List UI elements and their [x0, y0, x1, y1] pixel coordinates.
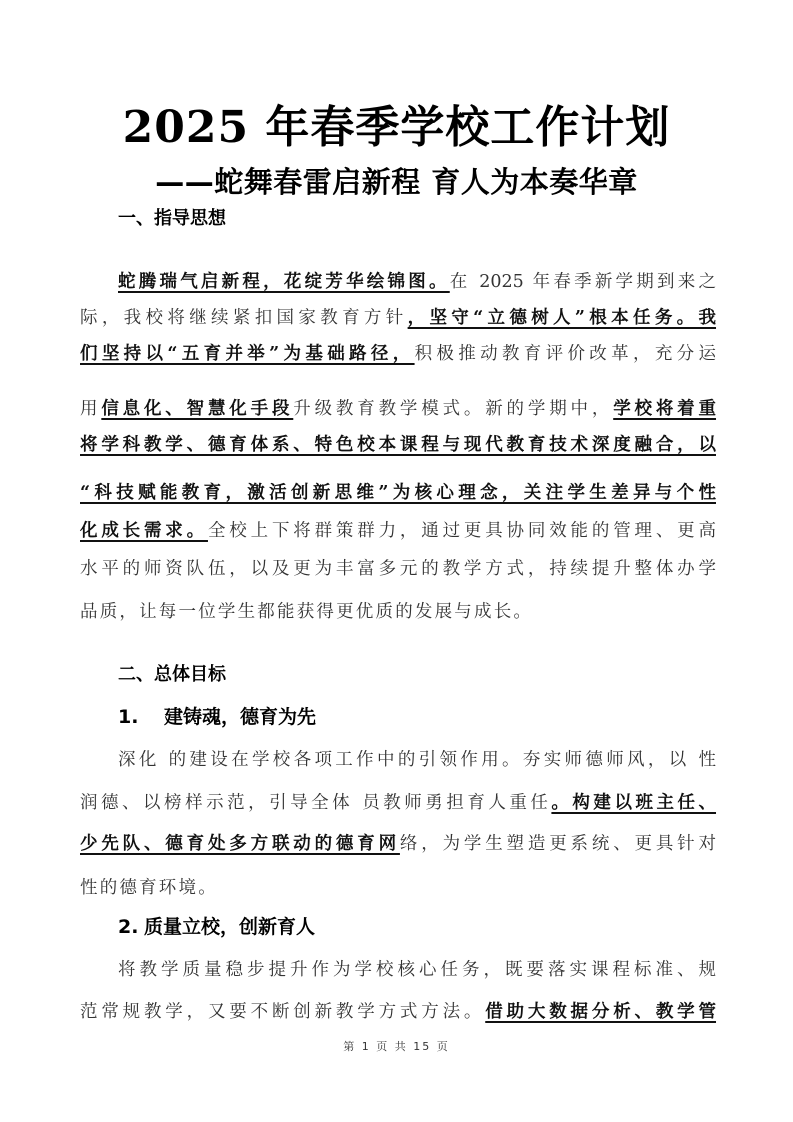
paragraph-line: 深化 的建设在学校各项工作中的引领作用。夯实师德师风，以 性: [118, 748, 716, 772]
emphasized-text: 化成长需求。: [80, 521, 208, 541]
emphasized-text: 蛇腾瑞气启新程，花绽芳华绘锦图。: [118, 272, 450, 292]
body-text: 在 2025 年春季新学期到来之: [450, 272, 716, 292]
subsection-title: 质量立校，创新育人: [144, 916, 315, 938]
body-text: 升级教育教学模式。新的学期中，: [293, 399, 613, 419]
body-text: 性的德育环境。: [80, 878, 218, 898]
paragraph-line: 用信息化、智慧化手段升级教育教学模式。新的学期中，学校将着重: [80, 397, 716, 421]
paragraph-line: 将教学质量稳步提升作为学校核心任务，既要落实课程标准、规: [118, 958, 716, 982]
paragraph-line: 们坚持以“五育并举”为基础路径，积极推动教育评价改革，充分运: [80, 342, 716, 366]
subsection-heading-quality-education: 2.质量立校，创新育人: [118, 914, 315, 940]
paragraph-line: 品质，让每一位学生都能获得更优质的发展与成长。: [80, 600, 716, 624]
paragraph-line: 性的德育环境。: [80, 876, 716, 900]
paragraph-line: 化成长需求。全校上下将群策群力，通过更具协同效能的管理、更高: [80, 519, 716, 543]
body-text: 品质，让每一位学生都能获得更优质的发展与成长。: [80, 602, 533, 622]
emphasized-text: 们坚持以“五育并举”为基础路径，: [80, 344, 415, 364]
emphasized-text: ，坚守“立德树人”根本任务。我: [408, 308, 716, 328]
paragraph-line: 范常规教学，又要不断创新教学方式方法。借助大数据分析、教学管: [80, 1000, 716, 1024]
paragraph-line: “科技赋能教育，激活创新思维”为核心理念，关注学生差异与个性: [80, 481, 716, 505]
body-text: 润德、以榜样示范，引导全体 员教师勇担育人重任: [80, 793, 551, 813]
document-title: 2025 年春季学校工作计划: [0, 100, 793, 156]
body-text: 际，我校将继续紧扣国家教育方针: [80, 308, 408, 328]
section-heading-overall-goals: 二、总体目标: [118, 663, 226, 687]
paragraph-line: 少先队、德育处多方联动的德育网络，为学生塑造更系统、更具针对: [80, 832, 716, 856]
emphasized-text: 学校将着重: [613, 399, 716, 419]
emphasized-text: 将学科教学、德育体系、特色校本课程与现代教育技术深度融合，以: [80, 435, 716, 455]
body-text: 范常规教学，又要不断创新教学方式方法。: [80, 1002, 485, 1022]
body-text: 深化 的建设在学校各项工作中的引领作用。夯实师德师风，以 性: [118, 750, 716, 770]
section-heading-guiding-ideology: 一、指导思想: [118, 207, 226, 231]
subsection-number: 2.: [118, 914, 144, 940]
paragraph-line: 润德、以榜样示范，引导全体 员教师勇担育人重任。构建以班主任、: [80, 791, 716, 815]
emphasized-text: “科技赋能教育，激活创新思维”为核心理念，关注学生差异与个性: [80, 483, 716, 503]
body-text: 积极推动教育评价改革，充分运: [415, 344, 716, 364]
paragraph-line: 蛇腾瑞气启新程，花绽芳华绘锦图。在 2025 年春季新学期到来之: [118, 270, 716, 294]
body-text: 全校上下将群策群力，通过更具协同效能的管理、更高: [208, 521, 716, 541]
document-page: 2025 年春季学校工作计划 ——蛇舞春雷启新程 育人为本奏华章 一、指导思想 …: [0, 0, 793, 1122]
paragraph-line: 际，我校将继续紧扣国家教育方针，坚守“立德树人”根本任务。我: [80, 306, 716, 330]
emphasized-text: 借助大数据分析、教学管: [485, 1002, 716, 1022]
document-subtitle: ——蛇舞春雷启新程 育人为本奏华章: [0, 162, 793, 202]
subsection-heading-moral-education: 1.建铸魂，德育为先: [118, 704, 316, 730]
body-text: 将教学质量稳步提升作为学校核心任务，既要落实课程标准、规: [118, 960, 716, 980]
body-text: 络，为学生塑造更系统、更具针对: [400, 834, 716, 854]
emphasized-text: 。构建以班主任、: [551, 793, 716, 813]
paragraph-line: 将学科教学、德育体系、特色校本课程与现代教育技术深度融合，以: [80, 433, 716, 457]
paragraph-line: 水平的师资队伍，以及更为丰富多元的教学方式，持续提升整体办学: [80, 557, 716, 581]
emphasized-text: 信息化、智慧化手段: [101, 399, 293, 419]
subsection-title: 建铸魂，德育为先: [164, 706, 316, 728]
emphasized-text: 少先队、德育处多方联动的德育网: [80, 834, 400, 854]
page-number-footer: 第 1 页 共 15 页: [0, 1038, 793, 1054]
body-text: 用: [80, 399, 101, 419]
body-text: 水平的师资队伍，以及更为丰富多元的教学方式，持续提升整体办学: [80, 559, 716, 579]
subsection-number: 1.: [118, 704, 164, 730]
